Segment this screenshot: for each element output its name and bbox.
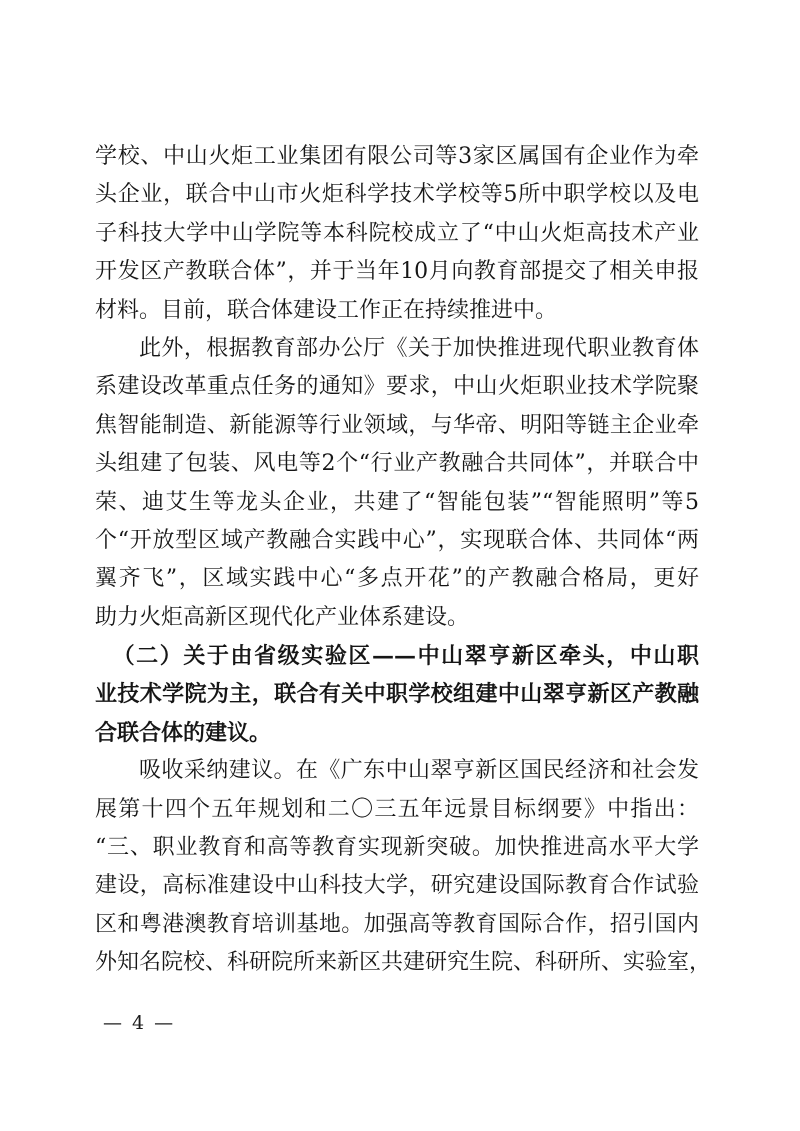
text-line: 头组建了包装、风电等2个“行业产教融合共同体”，并联合中 <box>95 445 699 483</box>
text-line: 系建设改革重点任务的通知》要求，中山火炬职业技术学院聚 <box>95 368 699 406</box>
text-line: 展第十四个五年规划和二〇三五年远景目标纲要》中指出： <box>95 791 699 829</box>
text-line: 头企业，联合中山市火炬科学技术学校等5所中职学校以及电 <box>95 176 699 214</box>
document-body: 学校、中山火炬工业集团有限公司等3家区属国有企业作为牵头企业，联合中山市火炬科学… <box>95 138 699 983</box>
text-line: 个“开放型区域产教融合实践中心”，实现联合体、共同体“两 <box>95 522 699 560</box>
text-line: 开发区产教联合体”，并于当年10月向教育部提交了相关申报 <box>95 253 699 291</box>
text-line: 子科技大学中山学院等本科院校成立了“中山火炬高技术产业 <box>95 215 699 253</box>
text-line: 业技术学院为主，联合有关中职学校组建中山翠亨新区产教融 <box>95 675 699 713</box>
document-page: 学校、中山火炬工业集团有限公司等3家区属国有企业作为牵头企业，联合中山市火炬科学… <box>0 0 800 1131</box>
text-line: 材料。目前，联合体建设工作正在持续推进中。 <box>95 292 699 330</box>
text-line: 学校、中山火炬工业集团有限公司等3家区属国有企业作为牵 <box>95 138 699 176</box>
text-line: （二）关于由省级实验区——中山翠亨新区牵头，中山职 <box>95 637 699 675</box>
text-line: “三、职业教育和高等教育实现新突破。加快推进高水平大学 <box>95 829 699 867</box>
text-line: 建设，高标准建设中山科技大学，研究建设国际教育合作试验 <box>95 867 699 905</box>
page-number: — 4 — <box>103 1012 175 1034</box>
text-line: 翼齐飞”，区域实践中心“多点开花”的产教融合格局，更好 <box>95 560 699 598</box>
text-line: 合联合体的建议。 <box>95 714 699 752</box>
text-line: 外知名院校、科研院所来新区共建研究生院、科研所、实验室， <box>95 944 699 982</box>
text-line: 荣、迪艾生等龙头企业，共建了“智能包装”“智能照明”等5 <box>95 484 699 522</box>
text-line: 助力火炬高新区现代化产业体系建设。 <box>95 599 699 637</box>
text-line: 焦智能制造、新能源等行业领域，与华帝、明阳等链主企业牵 <box>95 407 699 445</box>
text-line: 区和粤港澳教育培训基地。加强高等教育国际合作，招引国内 <box>95 906 699 944</box>
text-line: 吸收采纳建议。在《广东中山翠亨新区国民经济和社会发 <box>95 752 699 790</box>
text-line: 此外，根据教育部办公厅《关于加快推进现代职业教育体 <box>95 330 699 368</box>
